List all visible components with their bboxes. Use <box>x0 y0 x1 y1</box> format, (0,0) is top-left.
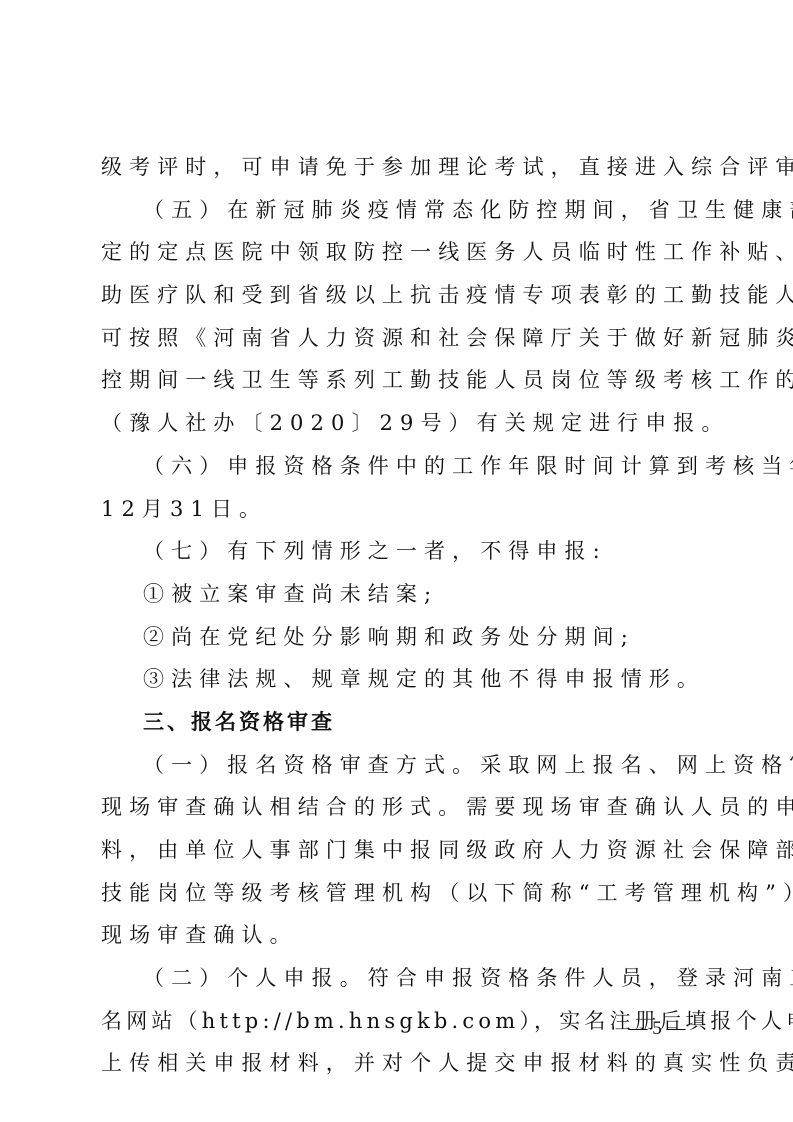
document-body: 级考评时，可申请免于参加理论考试，直接进入综合评审环节。 （五）在新冠肺炎疫情常… <box>101 146 697 1085</box>
paragraph-7-start: （七）有下列情形之一者，不得申报: <box>101 530 697 573</box>
text-line: 技能岗位等级考核管理机构（以下简称“工考管理机构”）进行 <box>101 872 697 915</box>
text-line: 级考评时，可申请免于参加理论考试，直接进入综合评审环节。 <box>101 146 697 189</box>
paragraph-5-start: （五）在新冠肺炎疫情常态化防控期间，省卫生健康部门确 <box>101 189 697 232</box>
list-item-1: ①被立案审查尚未结案; <box>101 573 697 616</box>
list-item-2: ②尚在党纪处分影响期和政务处分期间; <box>101 616 697 659</box>
paragraph-3-2-start: （二）个人申报。符合申报资格条件人员，登录河南工考报 <box>101 957 697 1000</box>
text-line: 现场审查确认相结合的形式。需要现场审查确认人员的申报材 <box>101 786 697 829</box>
text-line: 料，由单位人事部门集中报同级政府人力资源社会保障部门工勤 <box>101 829 697 872</box>
text-line: 控期间一线卫生等系列工勤技能人员岗位等级考核工作的通知》 <box>101 359 697 402</box>
text-line: 定的定点医院中领取防控一线医务人员临时性工作补贴、省级援 <box>101 231 697 274</box>
paragraph-6-start: （六）申报资格条件中的工作年限时间计算到考核当年度 <box>101 445 697 488</box>
text-line: （豫人社办〔2020〕29号）有关规定进行申报。 <box>101 402 697 445</box>
text-line: 现场审查确认。 <box>101 914 697 957</box>
text-line: 可按照《河南省人力资源和社会保障厅关于做好新冠肺炎疫情防 <box>101 317 697 360</box>
section-heading: 三、报名资格审查 <box>101 701 697 744</box>
text-line: 上传相关申报材料，并对个人提交申报材料的真实性负责。申报 <box>101 1042 697 1085</box>
list-item-3: ③法律法规、规章规定的其他不得申报情形。 <box>101 658 697 701</box>
text-line: 12月31日。 <box>101 488 697 531</box>
page-number: — 5 — <box>622 1018 692 1040</box>
text-line: 助医疗队和受到省级以上抗击疫情专项表彰的工勤技能人员，仍 <box>101 274 697 317</box>
paragraph-3-1-start: （一）报名资格审查方式。采取网上报名、网上资格审查、 <box>101 744 697 787</box>
text-line-with-url: 名网站（http://bm.hnsgkb.com），实名注册后填报个人申报信息， <box>101 1000 697 1043</box>
document-page: 级考评时，可申请免于参加理论考试，直接进入综合评审环节。 （五）在新冠肺炎疫情常… <box>0 0 793 1122</box>
